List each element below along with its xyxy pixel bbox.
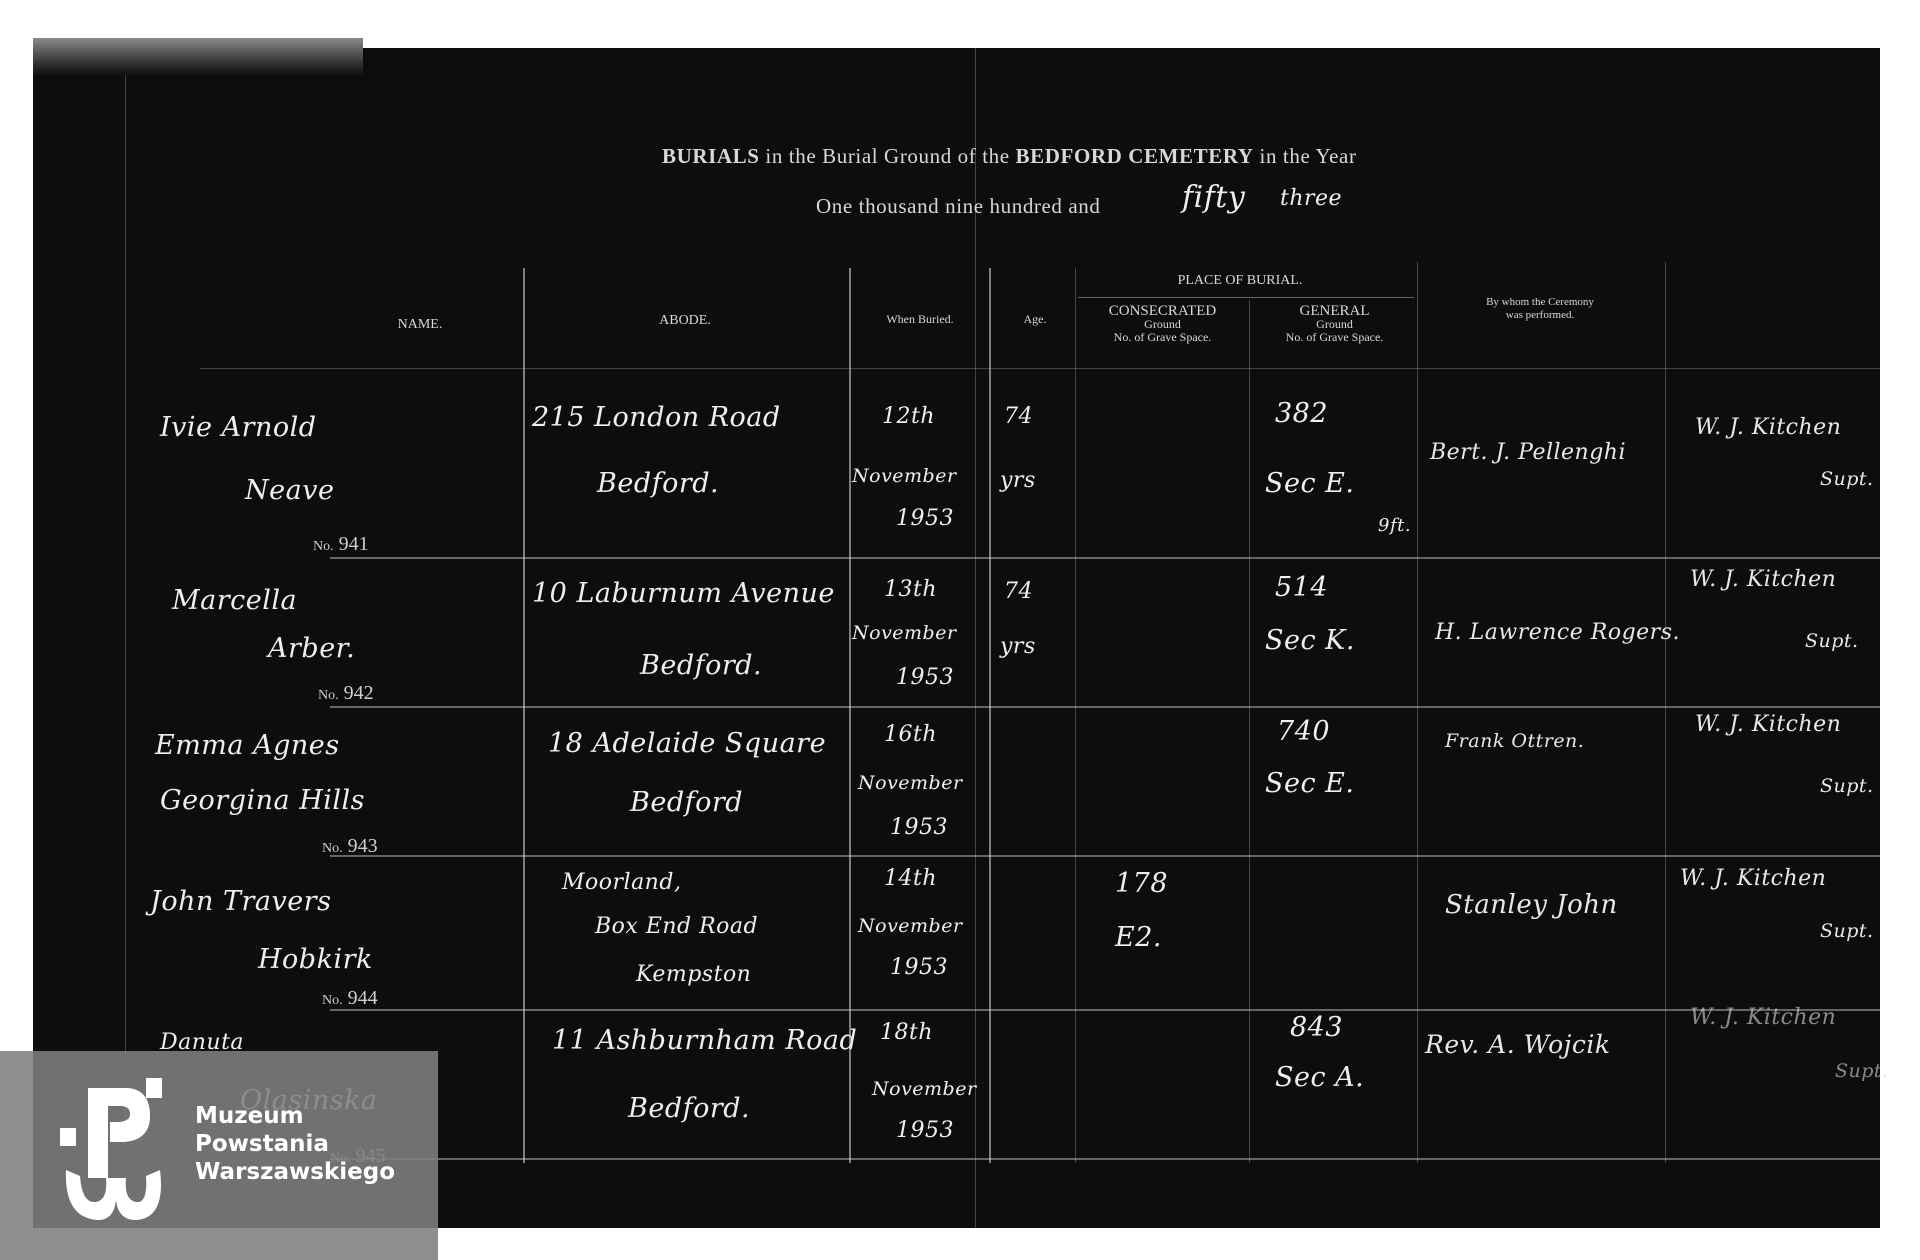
- header-consecrated: CONSECRATED Ground No. of Grave Space.: [1080, 305, 1245, 344]
- header-name: NAME.: [380, 317, 460, 332]
- entry-general-grave-no: 382: [1275, 398, 1328, 429]
- entry-date-day: 13th: [884, 577, 937, 602]
- header-age: Age.: [1005, 313, 1065, 326]
- entry-name-line1: Ivie Arnold: [160, 412, 317, 443]
- entry-name-line1: Marcella: [172, 585, 297, 616]
- header-abode: ABODE.: [640, 313, 730, 328]
- entry-date-month: November: [852, 465, 957, 487]
- entry-registrar-title: Supt.: [1820, 468, 1874, 490]
- entry-age-value: 74: [1004, 579, 1033, 604]
- entry-name-line2: Neave: [245, 475, 334, 506]
- entry-name-line1: John Travers: [150, 886, 331, 917]
- entry-number: No. 944: [322, 987, 378, 1010]
- entry-name-line2: Hobkirk: [258, 944, 373, 975]
- entry-consecrated-grave-no: 178: [1115, 868, 1168, 899]
- entry-age-value: 74: [1004, 404, 1033, 429]
- header-when-buried: When Buried.: [860, 313, 980, 326]
- entry-abode-line2: Bedford: [630, 787, 743, 818]
- entry-abode-line2: Bedford.: [597, 468, 719, 499]
- place-of-burial-rule: [1078, 297, 1414, 298]
- entry-date-day: 16th: [884, 722, 937, 747]
- entry-date-month: November: [852, 622, 957, 644]
- header-bottom-rule: [200, 368, 1880, 369]
- column-divider-bywhom-registrar: [1665, 262, 1666, 1163]
- entry-officiant-signature: Stanley John: [1445, 890, 1618, 920]
- column-divider-consecrated-general: [1249, 300, 1250, 1163]
- entry-abode-line3: Kempston: [636, 962, 751, 987]
- column-divider-general-bywhom: [1417, 262, 1418, 1163]
- entry-registrar-signature: W. J. Kitchen: [1690, 1005, 1836, 1030]
- entry-abode-line1: 215 London Road: [532, 402, 781, 433]
- entry-age-unit: yrs: [1000, 468, 1036, 493]
- entry-number: No. 941: [313, 533, 369, 556]
- column-divider-age-consecrated: [1075, 268, 1076, 1163]
- entry-date-year: 1953: [890, 955, 948, 980]
- register-title: BURIALS in the Burial Ground of the BEDF…: [662, 144, 1357, 169]
- entry-registrar-title: Supt.: [1805, 630, 1859, 652]
- row-divider-3: [330, 855, 1880, 857]
- row-divider-5: [330, 1158, 1880, 1160]
- entry-date-day: 12th: [882, 404, 935, 429]
- entry-abode-line2: Bedford.: [640, 650, 762, 681]
- entry-registrar-signature: W. J. Kitchen: [1680, 866, 1826, 891]
- year-handwritten-fifty: fifty: [1182, 180, 1245, 215]
- entry-general-grave-no: 843: [1290, 1012, 1343, 1043]
- entry-general-section: Sec E.: [1265, 468, 1354, 499]
- entry-date-year: 1953: [896, 665, 954, 690]
- entry-date-month: November: [858, 915, 963, 937]
- entry-registrar-title: Supt.: [1820, 775, 1874, 797]
- entry-date-day: 14th: [884, 866, 937, 891]
- entry-consecrated-section: E2.: [1115, 922, 1162, 953]
- entry-abode-line1: Moorland,: [562, 870, 681, 895]
- header-by-whom: By whom the Ceremony was performed.: [1420, 296, 1660, 322]
- entry-officiant-signature: Frank Ottren.: [1445, 730, 1584, 752]
- watermark-line-warszawskiego: Warszawskiego: [195, 1158, 395, 1186]
- column-divider-date-age: [989, 268, 991, 1163]
- entry-date-day: 18th: [880, 1020, 933, 1045]
- entry-general-section: Sec A.: [1275, 1062, 1364, 1093]
- entry-number: No. 943: [322, 835, 378, 858]
- entry-date-year: 1953: [896, 1118, 954, 1143]
- header-general: GENERAL Ground No. of Grave Space.: [1252, 305, 1417, 344]
- entry-general-section: Sec E.: [1265, 768, 1354, 799]
- watermark-line-muzeum: Muzeum: [195, 1102, 304, 1130]
- entry-date-year: 1953: [890, 815, 948, 840]
- entry-registrar-signature: W. J. Kitchen: [1695, 712, 1841, 737]
- entry-general-note: 9ft.: [1378, 515, 1411, 536]
- entry-registrar-title: Supt.: [1820, 920, 1874, 942]
- entry-date-year: 1953: [896, 506, 954, 531]
- entry-name-line2: Arber.: [268, 633, 355, 664]
- entry-registrar-signature: W. J. Kitchen: [1690, 567, 1836, 592]
- row-divider-4: [330, 1009, 1880, 1011]
- entry-abode-line2: Bedford.: [628, 1093, 750, 1124]
- page-fold-line: [975, 48, 976, 1228]
- entry-abode-line2: Box End Road: [595, 914, 758, 939]
- entry-general-grave-no: 740: [1277, 716, 1330, 747]
- entry-abode-line1: 18 Adelaide Square: [548, 728, 826, 759]
- entry-registrar-title: Supt.: [1835, 1060, 1889, 1082]
- row-divider-1: [330, 557, 1880, 559]
- entry-general-section: Sec K.: [1265, 625, 1355, 656]
- entry-number: No. 942: [318, 682, 374, 705]
- register-year-line: One thousand nine hundred and: [816, 194, 1101, 219]
- kotwica-anchor-icon: [58, 1078, 168, 1228]
- entry-name-line1: Emma Agnes: [155, 730, 340, 761]
- entry-registrar-signature: W. J. Kitchen: [1695, 415, 1841, 440]
- entry-name-line2: Georgina Hills: [160, 785, 365, 816]
- year-handwritten-three: three: [1280, 186, 1342, 211]
- entry-general-grave-no: 514: [1275, 572, 1328, 603]
- entry-officiant-signature: Rev. A. Wojcik: [1425, 1030, 1611, 1059]
- entry-officiant-signature: Bert. J. Pellenghi: [1430, 440, 1626, 465]
- scan-edge-fade: [33, 38, 363, 76]
- entry-abode-line1: 11 Ashburnham Road: [552, 1025, 857, 1056]
- row-divider-2: [330, 706, 1880, 708]
- entry-age-unit: yrs: [1000, 634, 1036, 659]
- entry-officiant-signature: H. Lawrence Rogers.: [1435, 620, 1680, 645]
- entry-abode-line1: 10 Laburnum Avenue: [532, 578, 835, 609]
- column-divider-name-abode: [523, 268, 525, 1163]
- entry-date-month: November: [858, 772, 963, 794]
- watermark-line-powstania: Powstania: [195, 1130, 329, 1158]
- header-place-of-burial: PLACE OF BURIAL.: [1110, 273, 1370, 288]
- entry-date-month: November: [872, 1078, 977, 1100]
